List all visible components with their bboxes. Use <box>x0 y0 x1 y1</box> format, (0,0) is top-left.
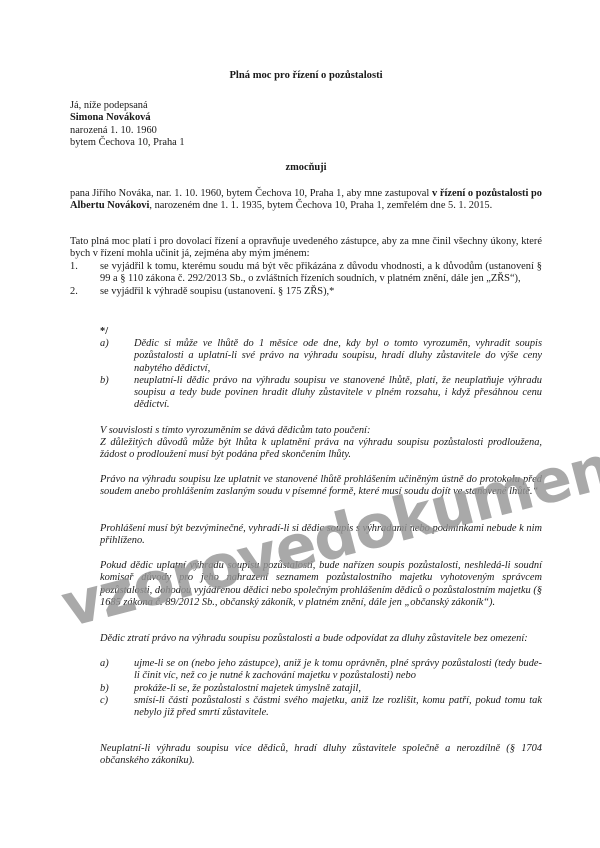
grantor-name: Simona Nováková <box>70 112 542 124</box>
item-text: prokáže-li se, že pozůstalostní majetek … <box>134 683 542 695</box>
item-number: 1. <box>70 261 78 273</box>
notice-paragraph: Pokud dědic uplatní výhradu soupisu pozů… <box>100 560 542 609</box>
notice-paragraph: Prohlášení musí být bezvýminečné, vyhrad… <box>100 523 542 548</box>
notice-paragraph: Právo na výhradu soupisu lze uplatnit ve… <box>100 474 542 499</box>
item-letter: a) <box>100 658 109 670</box>
representative-text-end: , narozeném dne 1. 1. 1935, bytem Čechov… <box>149 200 492 211</box>
notice-paragraph: Z důležitých důvodů může být lhůta k upl… <box>100 437 542 462</box>
loss-item: b) prokáže-li se, že pozůstalostní majet… <box>100 683 542 695</box>
grantor-block: Já, níže podepsaná Simona Nováková naroz… <box>70 100 542 149</box>
numbered-list: 1. se vyjádřil k tomu, kterému soudu má … <box>70 261 542 298</box>
grantor-address: bytem Čechova 10, Praha 1 <box>70 137 542 149</box>
item-number: 2. <box>70 286 78 298</box>
loss-item: a) ujme-li se on (nebo jeho zástupce), a… <box>100 658 542 683</box>
footnote-item: b) neuplatní-li dědic právo na výhradu s… <box>100 375 542 412</box>
loss-item: c) smísí-li části pozůstalosti s částmi … <box>100 695 542 720</box>
grantor-intro: Já, níže podepsaná <box>70 100 542 112</box>
notice-heading: V souvislosti s tímto vyrozuměním se dáv… <box>100 425 542 437</box>
authorize-heading: zmocňuji <box>70 162 542 174</box>
document-title: Plná moc pro řízení o pozůstalosti <box>70 70 542 82</box>
closing-paragraph: Neuplatní-li výhradu soupisu více dědiců… <box>100 743 542 768</box>
item-text: ujme-li se on (nebo jeho zástupce), aniž… <box>134 658 542 683</box>
grantor-birth: narozená 1. 10. 1960 <box>70 125 542 137</box>
item-letter: c) <box>100 695 108 707</box>
item-letter: b) <box>100 375 109 387</box>
footnote-item: a) Dědic si může ve lhůtě do 1 měsíce od… <box>100 338 542 375</box>
item-text: Dědic si může ve lhůtě do 1 měsíce ode d… <box>134 338 542 375</box>
loss-conditions-list: a) ujme-li se on (nebo jeho zástupce), a… <box>100 658 542 719</box>
footnote-marker: */ <box>100 326 542 338</box>
item-text: smísí-li části pozůstalosti s částmi své… <box>134 695 542 720</box>
item-letter: a) <box>100 338 109 350</box>
representative-text-start: pana Jiřího Nováka, nar. 1. 10. 1960, by… <box>70 188 432 199</box>
representative-paragraph: pana Jiřího Nováka, nar. 1. 10. 1960, by… <box>70 188 542 213</box>
scope-paragraph: Tato plná moc platí i pro dovolací řízen… <box>70 236 542 261</box>
numbered-item: 1. se vyjádřil k tomu, kterému soudu má … <box>70 261 542 286</box>
numbered-item: 2. se vyjádřil k výhradě soupisu (ustano… <box>70 286 542 298</box>
footnote-list: a) Dědic si může ve lhůtě do 1 měsíce od… <box>100 338 542 412</box>
item-letter: b) <box>100 683 109 695</box>
item-text: neuplatní-li dědic právo na výhradu soup… <box>134 375 542 412</box>
item-text: se vyjádřil k výhradě soupisu (ustanoven… <box>100 286 542 298</box>
notice-paragraph: Dědic ztratí právo na výhradu soupisu po… <box>100 633 542 645</box>
document-page: Plná moc pro řízení o pozůstalosti Já, n… <box>70 0 542 848</box>
item-text: se vyjádřil k tomu, kterému soudu má být… <box>100 261 542 286</box>
